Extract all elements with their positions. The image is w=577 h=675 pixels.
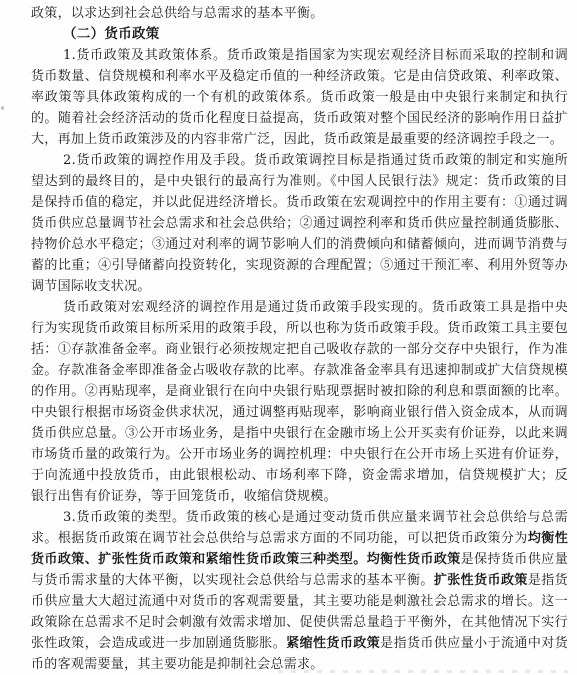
text-segment: 率政策等具体政策构成的一个有机的政策体系。货币政策一般是由中央银行来制定和执行 bbox=[31, 90, 568, 105]
text-segment: 的。随着社会经济活动的货币化程度日益提高，货币政策对整个国民经济的影响作用日益扩 bbox=[31, 111, 568, 126]
text-segment: 银行出售有价证券，等于回笼货币，收缩信贷规模。 bbox=[31, 489, 337, 504]
scan-speck bbox=[1, 106, 4, 110]
text-segment: 持物价总水平稳定；③通过对利率的调节影响人们的消费倾向和储蓄倾向，进而调节消费与… bbox=[31, 237, 568, 255]
text-segment: 是保持货币供应量 bbox=[461, 552, 568, 567]
text-segment: 于向流通中投放货币，由此银根松动、市场利率下降，资金需求增加，信贷规模扩大；反之… bbox=[31, 468, 568, 486]
text-line: 银行出售有价证券，等于回笼货币，收缩信贷规模。 bbox=[31, 486, 568, 507]
text-line: 于向流通中投放货币，由此银根松动、市场利率下降，资金需求增加，信贷规模扩大；反之… bbox=[31, 465, 568, 486]
text-line: 的作用。②再贴现率，是商业银行在向中央银行贴现票据时被扣除的利息和票面额的比率。 bbox=[31, 381, 568, 402]
text-segment: 大，再加上货币政策涉及的内容非常广泛，因此，货币政策是最重要的经济调控手段之一。 bbox=[31, 132, 563, 147]
text-line: 金。存款准备金率即准备金占吸收存款的比率。存款准备金率具有迅速抑制或扩大信贷规模 bbox=[31, 360, 568, 381]
text-line: 张性政策，会造成或进一步加剧通货膨胀。紧缩性货币政策是指货币供应量小于流通中对货 bbox=[31, 633, 568, 654]
text-line: 货币政策、扩张性货币政策和紧缩性货币政策三种类型。均衡性货币政策是保持货币供应量 bbox=[31, 549, 568, 570]
text-line: 率政策等具体政策构成的一个有机的政策体系。货币政策一般是由中央银行来制定和执行 bbox=[31, 87, 568, 108]
bold-term: （二）货币政策 bbox=[63, 26, 160, 42]
text-segment: 是指货币供应量小于流通中对货 bbox=[380, 636, 568, 651]
text-line: 调节国际收支状况。 bbox=[31, 276, 568, 297]
text-segment: 币供应量大大超过流通中对货币的客观需要量，其主要功能是刺激社会总需求的增长。这一 bbox=[31, 594, 568, 609]
text-line: 是保持币值的稳定，并以此促进经济增长。货币政策在宏观调控中的作用主要有：①通过调… bbox=[31, 192, 568, 213]
text-segment: 2.货币政策的调控作用及手段。货币政策调控目标是指通过货币政策的制定和实施所期 bbox=[31, 153, 568, 171]
text-line: 的。随着社会经济活动的货币化程度日益提高，货币政策对整个国民经济的影响作用日益扩 bbox=[31, 108, 568, 129]
text-line: 1.货币政策及其政策体系。货币政策是指国家为实现宏观经济目标而采取的控制和调节 bbox=[31, 45, 568, 66]
text-segment: 货币数量、信贷规模和利率水平及稳定币值的一种经济政策。它是由信贷政策、利率政策、… bbox=[31, 69, 568, 87]
scan-noise bbox=[278, 670, 568, 673]
text-line: 望达到的最终目的，是中央银行的最高行为准则。《中国人民银行法》规定：货币政策的目… bbox=[31, 171, 568, 192]
text-segment: 1.货币政策及其政策体系。货币政策是指国家为实现宏观经济目标而采取的控制和调节 bbox=[31, 48, 568, 66]
text-segment: 市场货币量的政策行为。公开市场业务的调控机理：中央银行在公开市场上买进有价证券，… bbox=[31, 447, 568, 465]
text-segment: 与货币需求量的大体平衡，以实现社会总供给与总需求的基本平衡。 bbox=[31, 573, 434, 588]
text-line: 括：①存款准备金率。商业银行必须按规定把自己吸收存款的一部分交存中央银行，作为准… bbox=[31, 339, 568, 360]
text-segment: 中央银行根据市场资金供求状况，通过调整再贴现率，影响商业银行借入资金成本，从而调… bbox=[31, 405, 568, 423]
text-segment: 蓄的比重；④引导储蓄向投资转化，实现资源的合理配置；⑤通过干预汇率、利用外贸等办… bbox=[31, 258, 568, 276]
bold-term: 均衡性 bbox=[528, 531, 568, 546]
text-line: 求。根据货币政策在调节社会总供给与总需求方面的不同功能，可以把货币政策分为均衡性 bbox=[31, 528, 568, 549]
text-segment: 3.货币政策的类型。货币政策的核心是通过变动货币供应量来调节社会总供给与总需 bbox=[63, 510, 568, 525]
text-line: 3.货币政策的类型。货币政策的核心是通过变动货币供应量来调节社会总供给与总需 bbox=[31, 507, 568, 528]
text-segment: 行为实现货币政策目标所采用的政策手段，所以也称为货币政策手段。货币政策工具主要包 bbox=[31, 321, 568, 336]
text-line: 货币供应总量调节社会总需求和社会总供给；②通过调控利率和货币供应量控制通货膨胀、… bbox=[31, 213, 568, 234]
text-segment: 的作用。②再贴现率，是商业银行在向中央银行贴现票据时被扣除的利息和票面额的比率。 bbox=[31, 384, 568, 399]
text-line: 中央银行根据市场资金供求状况，通过调整再贴现率，影响商业银行借入资金成本，从而调… bbox=[31, 402, 568, 423]
text-line: 政策除在总需求不足时会刺激有效需求增加、促使供需总量趋于平衡外，在其他情况下实行… bbox=[31, 612, 568, 633]
text-line: 市场货币量的政策行为。公开市场业务的调控机理：中央银行在公开市场上买进有价证券，… bbox=[31, 444, 568, 465]
text-line: 持物价总水平稳定；③通过对利率的调节影响人们的消费倾向和储蓄倾向，进而调节消费与… bbox=[31, 234, 568, 255]
text-line: 大，再加上货币政策涉及的内容非常广泛，因此，货币政策是最重要的经济调控手段之一。 bbox=[31, 129, 568, 150]
text-segment: 是保持币值的稳定，并以此促进经济增长。货币政策在宏观调控中的作用主要有：①通过调… bbox=[31, 195, 568, 213]
text-segment: 望达到的最终目的，是中央银行的最高行为准则。《中国人民银行法》规定：货币政策的目… bbox=[31, 174, 568, 192]
scanned-document-page: 政策，以求达到社会总供给与总需求的基本平衡。（二）货币政策1.货币政策及其政策体… bbox=[0, 0, 577, 675]
text-segment: 政策除在总需求不足时会刺激有效需求增加、促使供需总量趋于平衡外，在其他情况下实行… bbox=[31, 615, 568, 633]
text-line: 蓄的比重；④引导储蓄向投资转化，实现资源的合理配置；⑤通过干预汇率、利用外贸等办… bbox=[31, 255, 568, 276]
text-segment: 是指货 bbox=[528, 573, 568, 588]
text-block: 政策，以求达到社会总供给与总需求的基本平衡。（二）货币政策1.货币政策及其政策体… bbox=[31, 3, 568, 675]
text-segment: 调节国际收支状况。 bbox=[31, 279, 151, 294]
text-segment: 张性政策，会造成或进一步加剧通货膨胀。 bbox=[31, 636, 286, 651]
text-segment: 货币供应总量调节社会总需求和社会总供给；②通过调控利率和货币供应量控制通货膨胀、… bbox=[31, 216, 568, 234]
bold-term: 紧缩性货币政策 bbox=[286, 636, 380, 651]
bold-term: 扩张性货币政策 bbox=[434, 573, 528, 588]
section-heading: （二）货币政策 bbox=[31, 24, 568, 45]
text-line: 政策，以求达到社会总供给与总需求的基本平衡。 bbox=[31, 3, 568, 24]
text-line: 2.货币政策的调控作用及手段。货币政策调控目标是指通过货币政策的制定和实施所期 bbox=[31, 150, 568, 171]
text-line: 与货币需求量的大体平衡，以实现社会总供给与总需求的基本平衡。扩张性货币政策是指货 bbox=[31, 570, 568, 591]
text-line: 货币政策对宏观经济的调控作用是通过货币政策手段实现的。货币政策工具是指中央银 bbox=[31, 297, 568, 318]
text-line: 货币供应总量。③公开市场业务，是指中央银行在金融市场上公开买卖有价证券，以此来调… bbox=[31, 423, 568, 444]
text-segment: 货币供应总量。③公开市场业务，是指中央银行在金融市场上公开买卖有价证券，以此来调… bbox=[31, 426, 568, 444]
text-line: 币供应量大大超过流通中对货币的客观需要量，其主要功能是刺激社会总需求的增长。这一 bbox=[31, 591, 568, 612]
text-segment: 求。根据货币政策在调节社会总供给与总需求方面的不同功能，可以把货币政策分为 bbox=[31, 531, 528, 546]
text-segment: 政策，以求达到社会总供给与总需求的基本平衡。 bbox=[31, 6, 324, 21]
text-segment: 括：①存款准备金率。商业银行必须按规定把自己吸收存款的一部分交存中央银行，作为准… bbox=[31, 342, 568, 360]
bold-term: 货币政策、扩张性货币政策和紧缩性货币政策三种类型。均衡性货币政策 bbox=[31, 552, 461, 567]
text-line: 货币数量、信贷规模和利率水平及稳定币值的一种经济政策。它是由信贷政策、利率政策、… bbox=[31, 66, 568, 87]
text-segment: 货币政策对宏观经济的调控作用是通过货币政策手段实现的。货币政策工具是指中央银 bbox=[31, 300, 568, 318]
text-segment: 金。存款准备金率即准备金占吸收存款的比率。存款准备金率具有迅速抑制或扩大信贷规模 bbox=[31, 363, 568, 378]
text-line: 行为实现货币政策目标所采用的政策手段，所以也称为货币政策手段。货币政策工具主要包 bbox=[31, 318, 568, 339]
